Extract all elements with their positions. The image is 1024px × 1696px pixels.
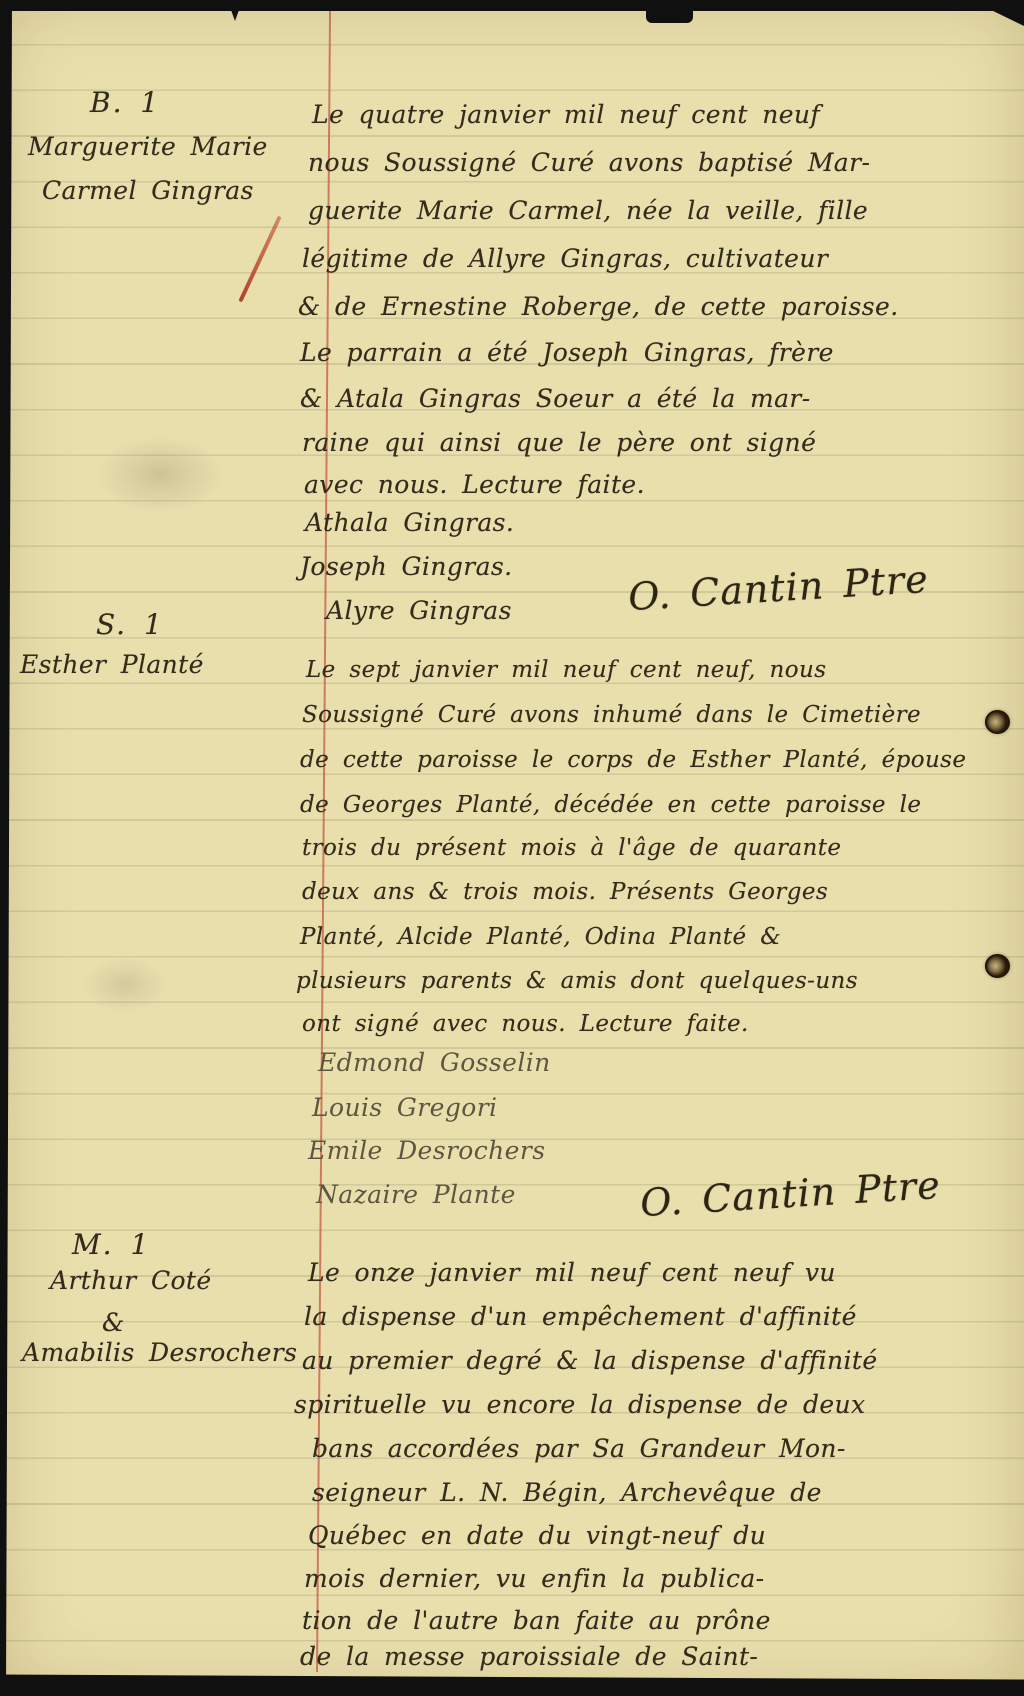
page-tip-mark <box>231 10 239 21</box>
margin-entry-ampersand: & <box>102 1308 125 1337</box>
margin-entry-name: Marguerite Marie <box>28 132 268 161</box>
body-line: & de Ernestine Roberge, de cette paroiss… <box>298 292 899 321</box>
body-line: Planté, Alcide Planté, Odina Planté & <box>300 924 781 950</box>
margin-entry-name: Arthur Coté <box>50 1266 212 1295</box>
margin-entry-code: M. 1 <box>72 1228 150 1261</box>
binder-tab <box>646 0 693 23</box>
punch-hole <box>985 710 1010 734</box>
body-line: Le quatre janvier mil neuf cent neuf <box>312 100 820 129</box>
signature-name: Alyre Gingras <box>326 596 512 625</box>
body-line: au premier degré & la dispense d'affinit… <box>302 1346 878 1375</box>
body-line: Le parrain a été Joseph Gingras, frère <box>300 338 834 367</box>
body-line: mois dernier, vu enfin la publica- <box>304 1564 765 1593</box>
margin-entry-code: S. 1 <box>96 608 164 641</box>
body-line: Soussigné Curé avons inhumé dans le Cime… <box>302 702 921 728</box>
body-line: nous Soussigné Curé avons baptisé Mar- <box>308 148 870 177</box>
body-line: guerite Marie Carmel, née la veille, fil… <box>308 196 868 225</box>
body-line: légitime de Allyre Gingras, cultivateur <box>302 244 828 273</box>
signature-name: Athala Gingras. <box>305 508 514 537</box>
register-page-scan: B. 1 Marguerite Marie Carmel Gingras Le … <box>0 0 1024 1696</box>
body-line: raine qui ainsi que le père ont signé <box>302 428 816 457</box>
body-line: de Georges Planté, décédée en cette paro… <box>300 792 921 818</box>
body-line: tion de l'autre ban faite au prône <box>302 1606 771 1635</box>
body-line: trois du présent mois à l'âge de quarant… <box>302 835 841 861</box>
margin-entry-name: Esther Planté <box>20 650 204 679</box>
body-line: plusieurs parents & amis dont quelques-u… <box>296 968 858 994</box>
body-line: Le sept janvier mil neuf cent neuf, nous <box>306 657 826 683</box>
body-line: la dispense d'un empêchement d'affinité <box>304 1302 857 1331</box>
body-line: spirituelle vu encore la dispense de deu… <box>294 1390 866 1419</box>
body-line: seigneur L. N. Bégin, Archevêque de <box>312 1478 822 1507</box>
margin-entry-name: Carmel Gingras <box>42 176 254 205</box>
body-line: Le onze janvier mil neuf cent neuf vu <box>308 1258 836 1287</box>
body-line: bans accordées par Sa Grandeur Mon- <box>312 1434 846 1463</box>
signature-name: Joseph Gingras. <box>300 552 512 581</box>
signature-name: Nazaire Plante <box>316 1180 516 1209</box>
body-line: ont signé avec nous. Lecture faite. <box>302 1011 749 1037</box>
body-line: de cette paroisse le corps de Esther Pla… <box>300 747 966 773</box>
body-line: deux ans & trois mois. Présents Georges <box>302 879 828 905</box>
body-line: de la messe paroissiale de Saint- <box>300 1642 758 1671</box>
punch-hole <box>985 954 1010 978</box>
signature-name: Emile Desrochers <box>308 1136 545 1165</box>
margin-entry-name: Amabilis Desrochers <box>22 1338 297 1367</box>
body-line: & Atala Gingras Soeur a été la mar- <box>300 384 811 413</box>
signature-name: Louis Gregori <box>312 1093 497 1122</box>
body-line: avec nous. Lecture faite. <box>304 470 645 499</box>
signature-name: Edmond Gosselin <box>318 1048 551 1077</box>
body-line: Québec en date du vingt-neuf du <box>308 1521 766 1550</box>
margin-entry-code: B. 1 <box>90 86 160 119</box>
scan-edge-top <box>0 0 1024 11</box>
